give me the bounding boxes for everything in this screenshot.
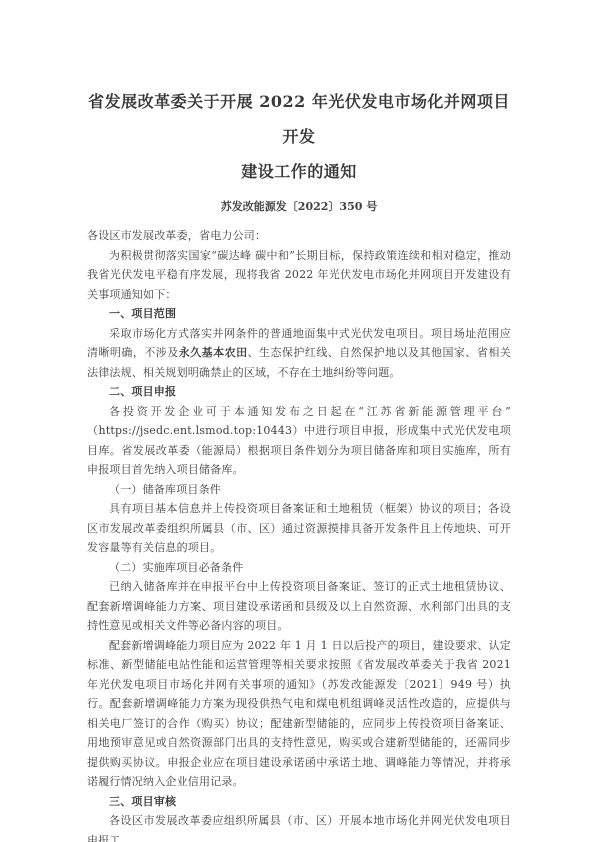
paragraph: 各投资开发企业可于本通知发布之日起在“江苏省新能源管理平台”（https://j… (87, 402, 511, 480)
paragraph-text: （一）储备库项目条件 (109, 483, 221, 496)
paragraph-text: 各设区市发展改革委，省电力公司： (87, 229, 266, 242)
paragraph-text: 三、项目审核 (109, 795, 176, 808)
paragraph-text: 为积极贯彻落实国家“碳达峰 碳中和”长期目标，保持政策连续和相对稳定，推动我省光… (87, 249, 511, 301)
document-title: 省发展改革委关于开展 2022 年光伏发电市场化并网项目开发 建设工作的通知 (87, 84, 511, 189)
document-title-line2: 建设工作的通知 (241, 162, 357, 181)
document-content: 省发展改革委关于开展 2022 年光伏发电市场化并网项目开发 建设工作的通知 苏… (87, 84, 511, 842)
paragraph: 已纳入储备库并在申报平台中上传投资项目备案证、签订的正式土地租赁协议、配套新增调… (87, 577, 511, 636)
section-heading: 三、项目审核 (87, 792, 511, 812)
paragraph-text: 二、项目申报 (109, 385, 176, 398)
document-number: 苏发改能源发〔2022〕350 号 (87, 199, 511, 215)
document-title-line1: 省发展改革委关于开展 2022 年光伏发电市场化并网项目开发 (88, 92, 510, 146)
paragraph: 为积极贯彻落实国家“碳达峰 碳中和”长期目标，保持政策连续和相对稳定，推动我省光… (87, 246, 511, 305)
paragraph: 采取市场化方式落实并网条件的普通地面集中式光伏发电项目。项目场址范围应清晰明确，… (87, 324, 511, 383)
bold-text: 永久基本农田 (179, 346, 248, 359)
paragraph: 具有项目基本信息并上传投资项目备案证和土地租赁（框架）协议的项目；各设区市发展改… (87, 499, 511, 558)
paragraph-text: 具有项目基本信息并上传投资项目备案证和土地租赁（框架）协议的项目；各设区市发展改… (87, 502, 511, 554)
paragraph-text: （二）实施库项目必备条件 (109, 561, 243, 574)
paragraph-text: 各设区市发展改革委应组织所属县（市、区）开展本地市场化并网光伏发电项目申报工 (87, 814, 511, 842)
paragraph-text: 配套新增调峰能力项目应为 2022 年 1 月 1 日以后投产的项目，建设要求、… (87, 639, 511, 789)
salutation: 各设区市发展改革委，省电力公司： (87, 226, 511, 246)
section-heading: 二、项目申报 (87, 382, 511, 402)
paragraph: 配套新增调峰能力项目应为 2022 年 1 月 1 日以后投产的项目，建设要求、… (87, 636, 511, 792)
paragraph: 各设区市发展改革委应组织所属县（市、区）开展本地市场化并网光伏发电项目申报工 (87, 811, 511, 842)
document-page: 省发展改革委关于开展 2022 年光伏发电市场化并网项目开发 建设工作的通知 苏… (0, 0, 596, 842)
paragraph-text: 各投资开发企业可于本通知发布之日起在“江苏省新能源管理平台”（https://j… (87, 405, 511, 477)
sub-section-heading: （一）储备库项目条件 (87, 480, 511, 500)
paragraph-text: 已纳入储备库并在申报平台中上传投资项目备案证、签订的正式土地租赁协议、配套新增调… (87, 580, 511, 632)
section-heading: 一、项目范围 (87, 304, 511, 324)
paragraph-text: 一、项目范围 (109, 307, 176, 320)
sub-section-heading: （二）实施库项目必备条件 (87, 558, 511, 578)
document-body: 各设区市发展改革委，省电力公司：为积极贯彻落实国家“碳达峰 碳中和”长期目标，保… (87, 226, 511, 842)
